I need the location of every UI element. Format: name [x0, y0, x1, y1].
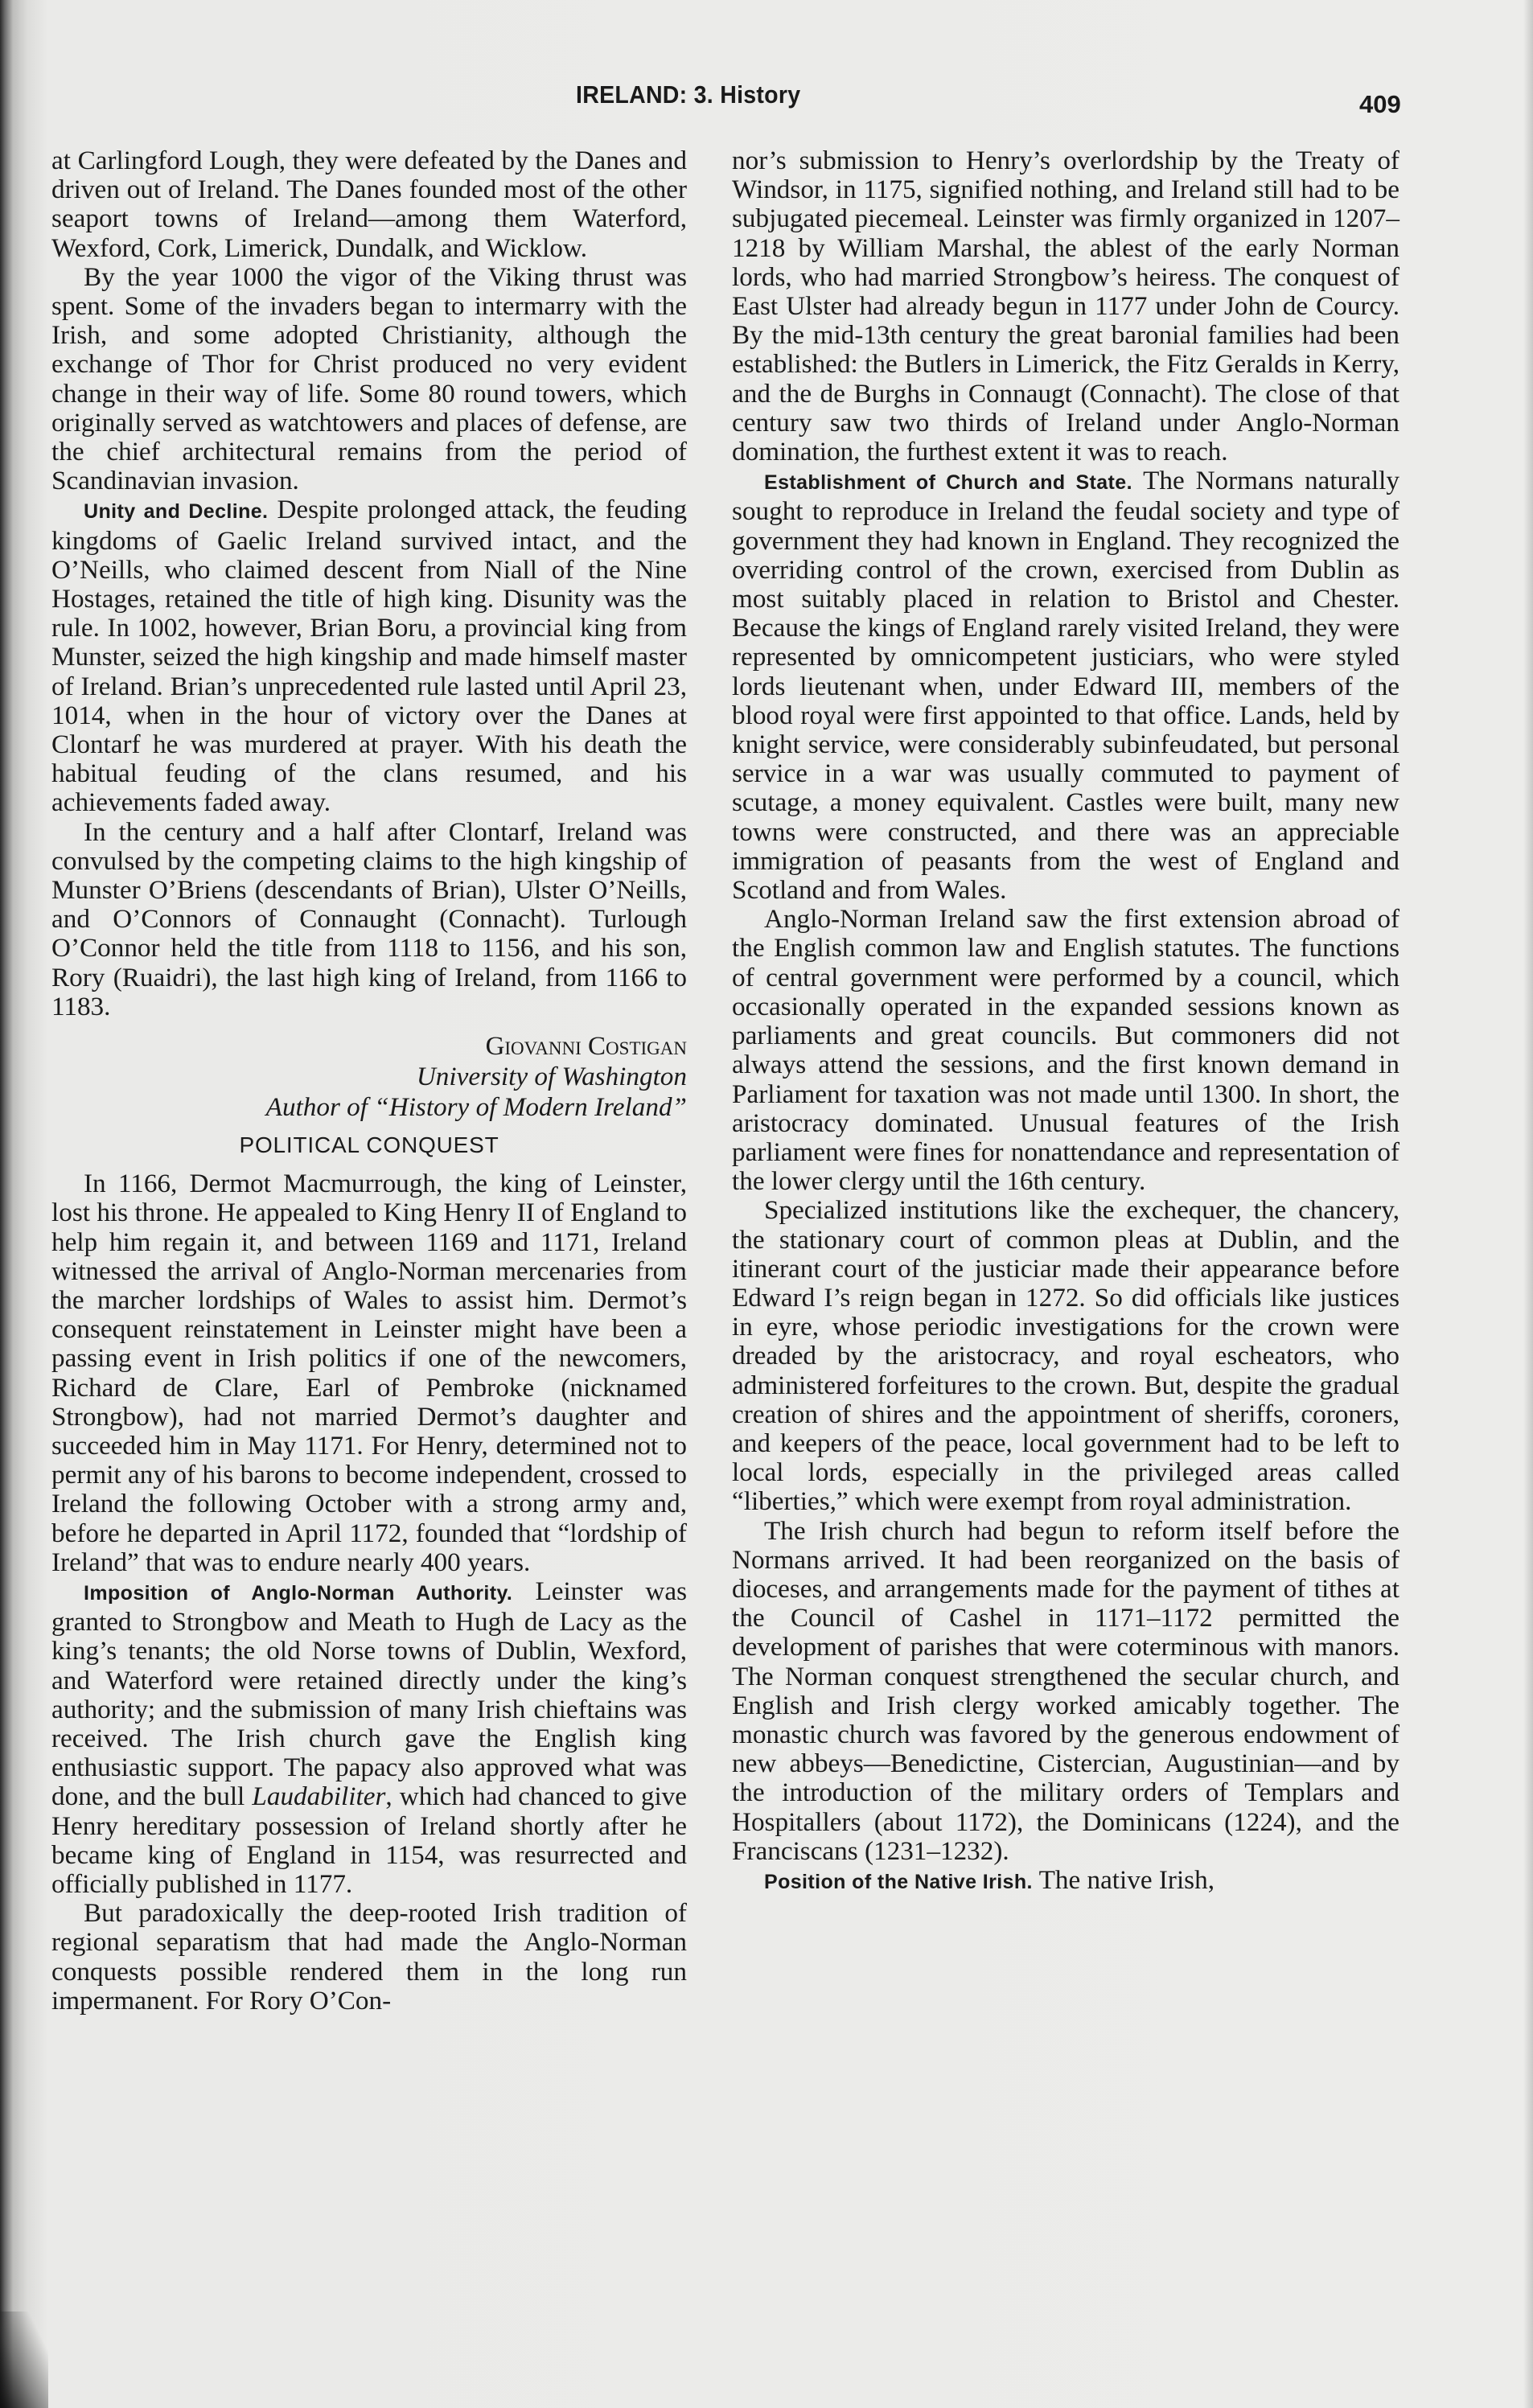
paragraph: at Carlingford Lough, they were defeated…	[51, 146, 687, 263]
paragraph: In 1166, Dermot Macmurrough, the king of…	[51, 1169, 687, 1577]
left-column: at Carlingford Lough, they were defeated…	[51, 146, 687, 2016]
page-number: 409	[1359, 90, 1401, 119]
section-heading: POLITICAL CONQUEST	[51, 1131, 687, 1160]
right-column: nor’s submission to Henry’s overlordship…	[732, 146, 1399, 1896]
paragraph: Unity and Decline. Despite prolonged att…	[51, 495, 687, 817]
author-name: Giovanni Costigan	[51, 1031, 687, 1062]
author-signature: Giovanni Costigan University of Washingt…	[51, 1031, 687, 1123]
book-page: IRELAND: 3. History 409 at Carlingford L…	[0, 0, 1533, 2408]
run-in-heading: Position of the Native Irish.	[764, 1871, 1033, 1893]
italic-term: Laudabiliter	[252, 1781, 385, 1811]
page-edge	[1523, 0, 1533, 2408]
paragraph: But paradoxically the deep-rooted Irish …	[51, 1899, 687, 2016]
paragraph: In the century and a half after Clontarf…	[51, 818, 687, 1021]
paragraph: Establishment of Church and State. The N…	[732, 466, 1399, 905]
paragraph-text: The native Irish,	[1039, 1865, 1214, 1895]
paragraph: Anglo-Norman Ireland saw the first exten…	[732, 905, 1399, 1196]
paragraph: Position of the Native Irish. The native…	[732, 1866, 1399, 1896]
paragraph: Specialized institutions like the excheq…	[732, 1196, 1399, 1516]
author-affiliation: University of Washington	[51, 1062, 687, 1092]
running-head: IRELAND: 3. History 409	[0, 80, 1533, 121]
paragraph-text: The Normans naturally sought to reproduc…	[732, 466, 1399, 905]
paragraph: By the year 1000 the vigor of the Viking…	[51, 263, 687, 496]
spine-shadow	[0, 2311, 48, 2408]
paragraph-text: Leinster was granted to Strongbow and Me…	[51, 1576, 687, 1811]
paragraph: Imposition of Anglo-Norman Authority. Le…	[51, 1577, 687, 1899]
author-book: Author of “History of Modern Ireland”	[51, 1092, 687, 1123]
run-in-heading: Imposition of Anglo-Norman Authority.	[84, 1582, 512, 1605]
paragraph-text: Despite prolonged attack, the feuding ki…	[51, 495, 687, 817]
run-in-heading: Unity and Decline.	[84, 500, 268, 523]
paragraph: nor’s submission to Henry’s overlordship…	[732, 146, 1399, 466]
running-title: IRELAND: 3. History	[576, 80, 800, 109]
paragraph: The Irish church had begun to reform its…	[732, 1517, 1399, 1866]
run-in-heading: Establishment of Church and State.	[764, 471, 1132, 494]
